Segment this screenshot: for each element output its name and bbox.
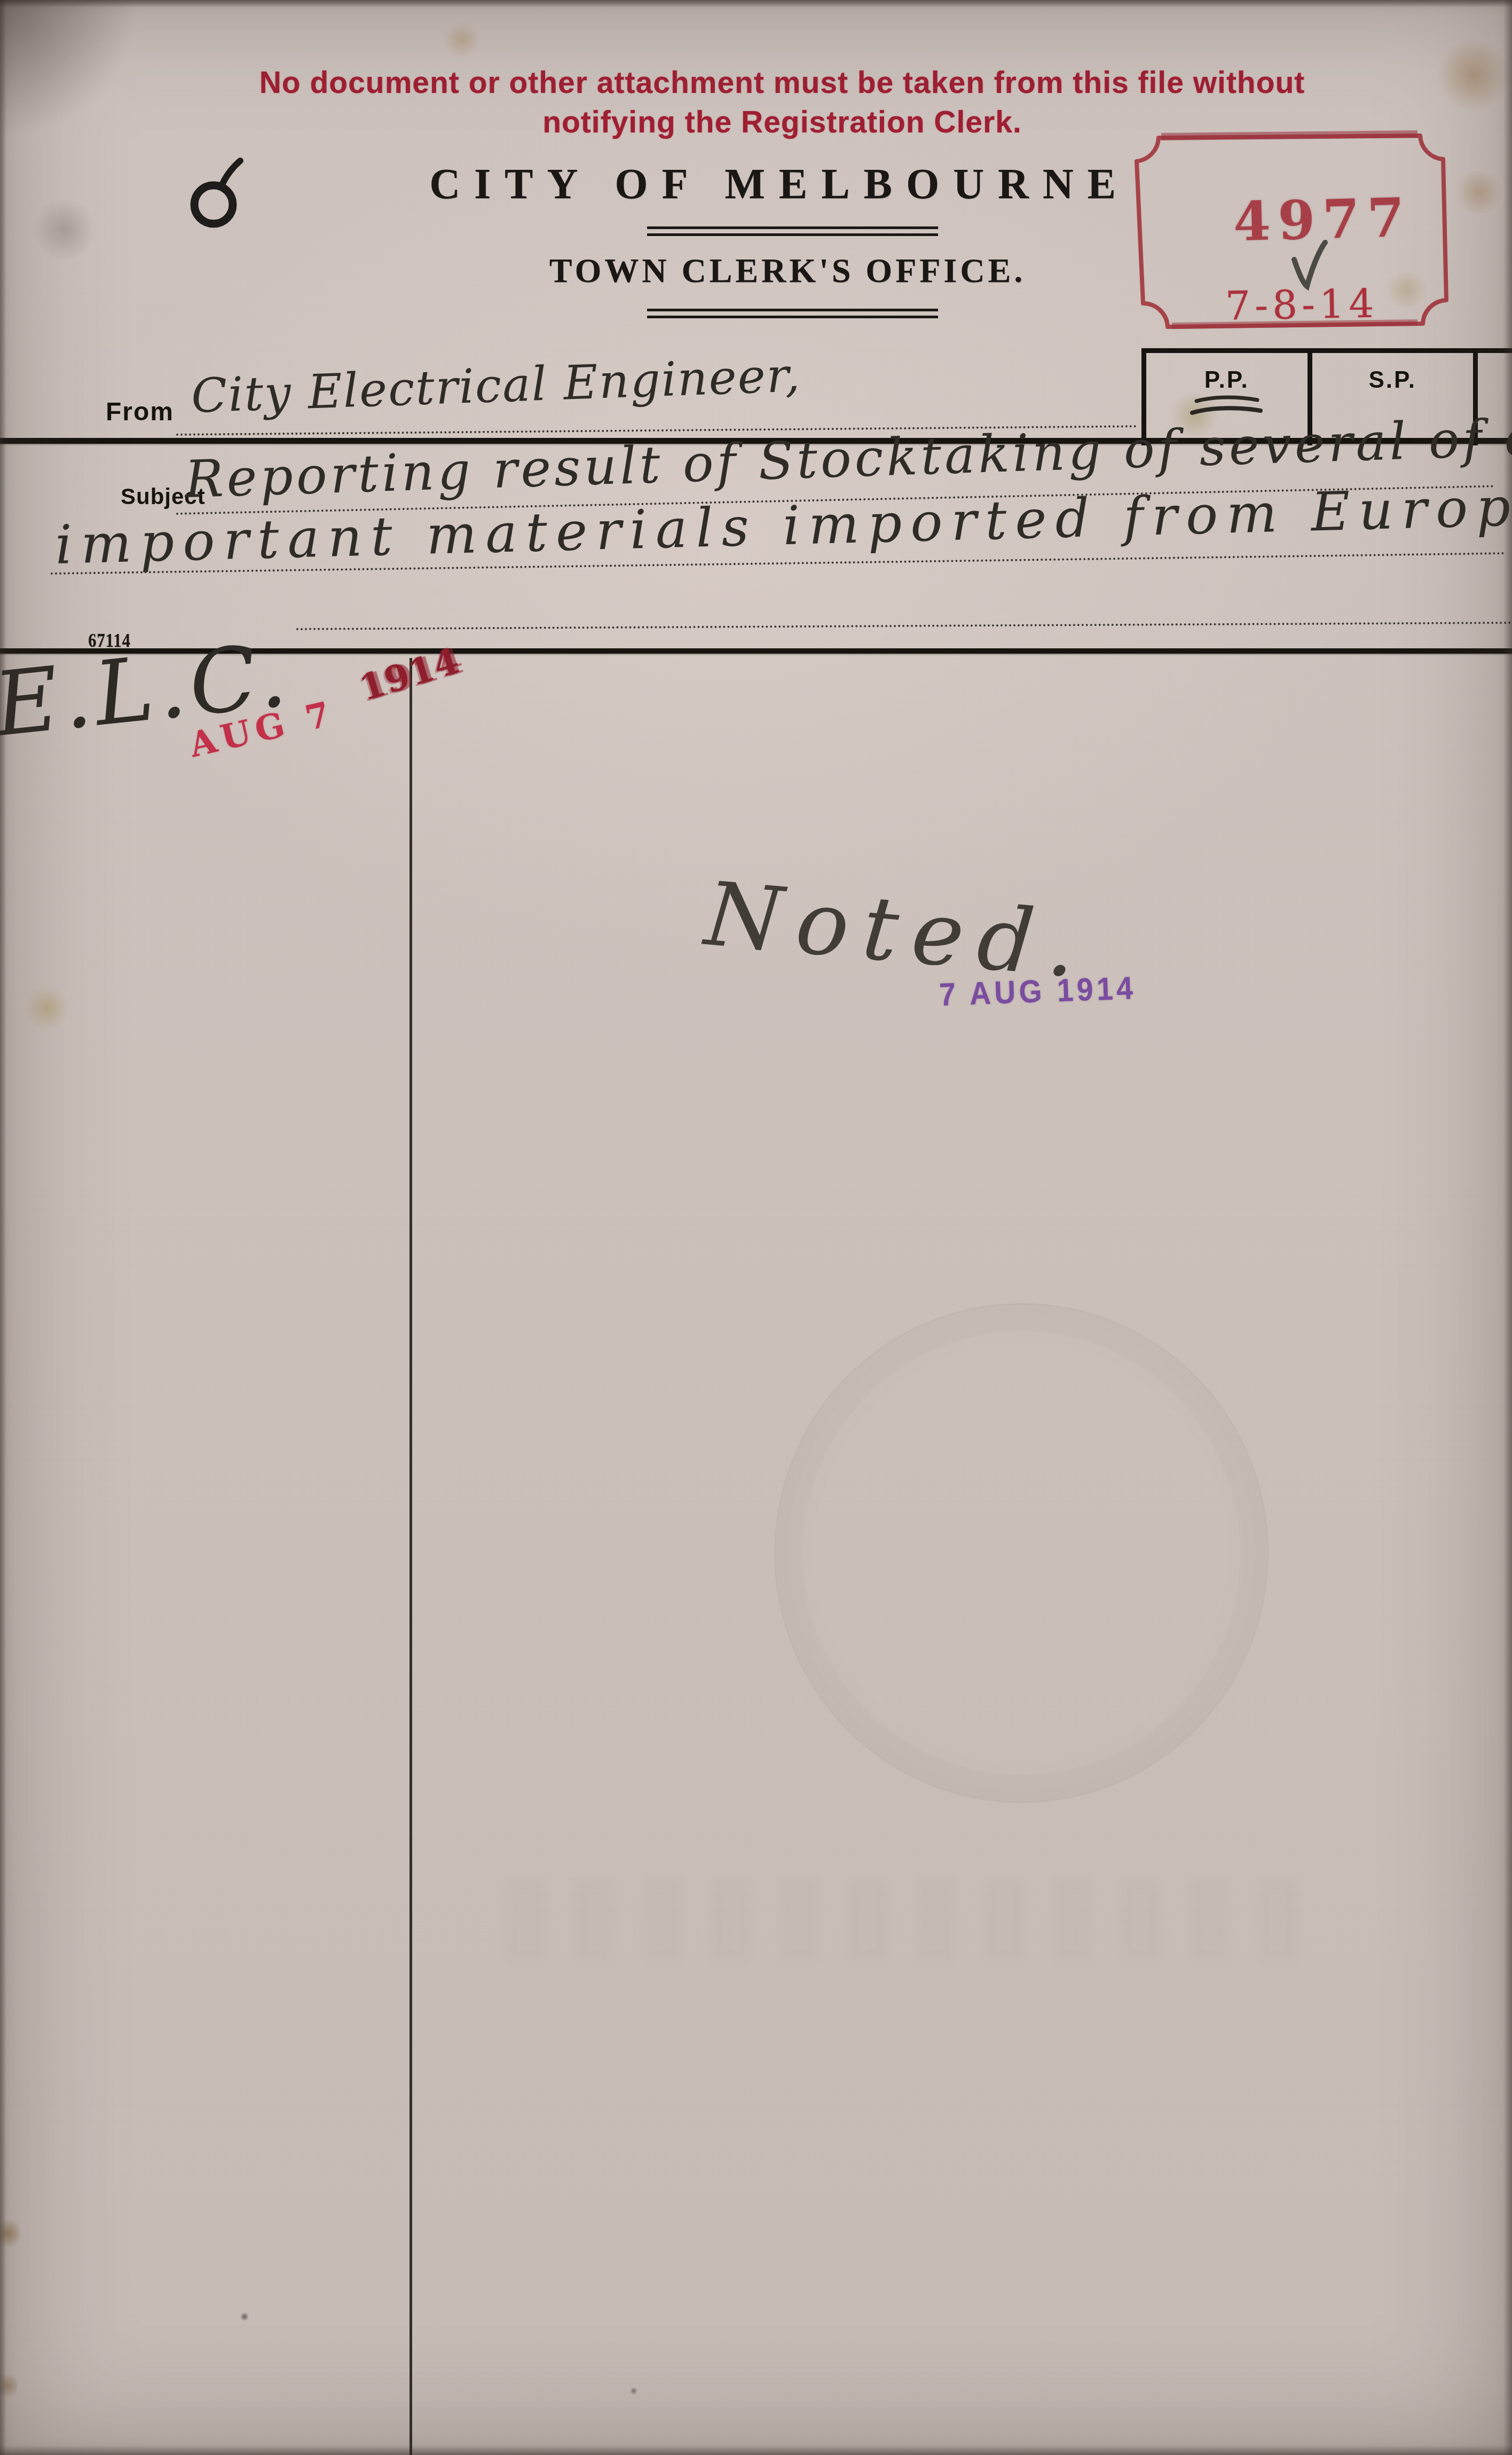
page-corner-shadow (0, 0, 139, 139)
letterhead-office-title: TOWN CLERK'S OFFICE. (515, 251, 1060, 291)
page-edge (0, 0, 6, 2455)
registration-date: 7-8-14 (1225, 281, 1379, 330)
sp-label: S.P. (1312, 367, 1474, 394)
page-edge (0, 0, 1512, 7)
embossed-seal-ghost (774, 1303, 1269, 1803)
paper-stain (32, 198, 96, 262)
double-rule (647, 226, 938, 236)
document-scan: No document or other attachment must be … (0, 0, 1512, 2455)
paper-stain (443, 21, 481, 59)
paper-stain (24, 985, 69, 1031)
paper-stain (630, 2387, 637, 2395)
page-edge (0, 2445, 1512, 2455)
letterhead-city-title: CITY OF MELBOURNE (414, 160, 1145, 209)
pp-label: P.P. (1146, 367, 1308, 394)
from-value-handwriting: City Electrical Engineer, (190, 347, 801, 423)
ink-blot-mark (187, 152, 251, 238)
subject-dotted-line-3 (296, 622, 1512, 630)
vertical-column-rule (409, 658, 412, 2455)
double-rule (647, 309, 938, 318)
ghost-impression (507, 1880, 1308, 1960)
page-edge (1503, 0, 1512, 2455)
purple-date-stamp: 7 AUG 1914 (939, 969, 1137, 1013)
paper-stain (240, 2312, 249, 2321)
from-label: From (106, 397, 174, 427)
warning-line-1: No document or other attachment must be … (27, 65, 1512, 100)
